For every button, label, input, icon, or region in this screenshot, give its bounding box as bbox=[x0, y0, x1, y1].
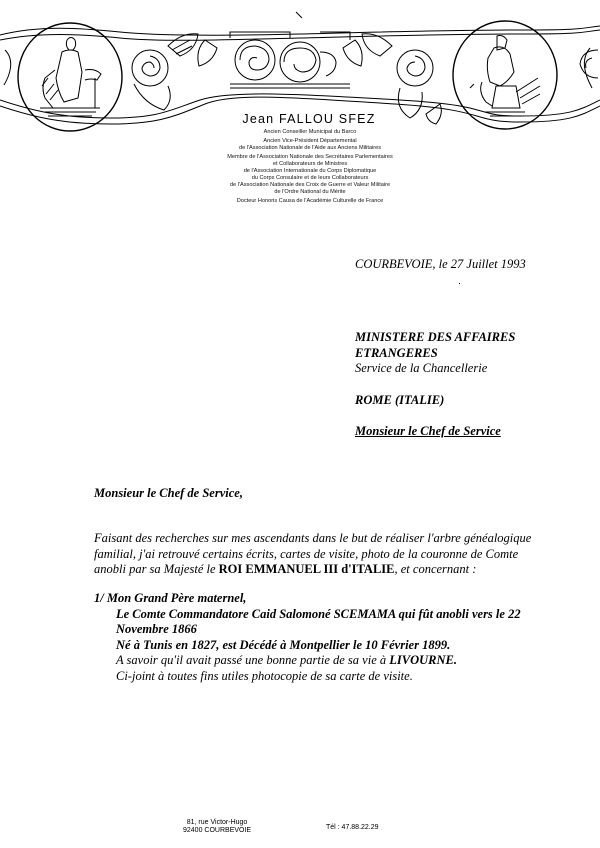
date-line: COURBEVOIE, le 27 Juillet 1993 bbox=[355, 257, 526, 273]
item-line: A savoir qu'il avait passé une bonne par… bbox=[94, 653, 574, 669]
recipient-city: ROME (ITALIE) bbox=[355, 393, 585, 409]
letterhead-title-line: de l'Association Internationale du Corps… bbox=[150, 168, 470, 175]
letterhead-title-line: du Corps Consulaire et de leurs Collabor… bbox=[150, 175, 470, 182]
body-paragraph: Faisant des recherches sur mes ascendant… bbox=[94, 531, 594, 578]
paragraph-line: familial, j'ai retrouvé certains écrits,… bbox=[94, 547, 594, 563]
letterhead-name: Jean FALLOU SFEZ bbox=[0, 112, 600, 126]
letterhead-title-line: et Collaborateurs de Ministres bbox=[150, 161, 470, 168]
letterhead-title-line: de l'Association Nationale de l'Aide aux… bbox=[150, 145, 470, 152]
letterhead-titles: Ancien Conseiller Municipal du Barco Anc… bbox=[150, 129, 470, 205]
letterhead-title-line: de l'Ordre National du Mérite bbox=[150, 189, 470, 196]
paragraph-line: Faisant des recherches sur mes ascendant… bbox=[94, 531, 594, 547]
letterhead-title-line: Ancien Vice-Président Départemental bbox=[150, 138, 470, 145]
letterhead-title-line: de l'Association Nationale des Croix de … bbox=[150, 182, 470, 189]
recipient-service: Service de la Chancellerie bbox=[355, 361, 585, 377]
recipient-ministry: MINISTERE DES AFFAIRES bbox=[355, 330, 585, 346]
paragraph-text: anobli par sa Majesté le bbox=[94, 562, 219, 576]
recipient-attention: Monsieur le Chef de Service bbox=[355, 424, 585, 440]
list-item: 1/ Mon Grand Père maternel, Le Comte Com… bbox=[94, 591, 574, 684]
item-line: Ci-joint à toutes fins utiles photocopie… bbox=[94, 669, 574, 685]
item-text: A savoir qu'il avait passé une bonne par… bbox=[116, 653, 389, 667]
paragraph-line: anobli par sa Majesté le ROI EMMANUEL II… bbox=[94, 562, 594, 578]
salutation: Monsieur le Chef de Service, bbox=[94, 486, 243, 502]
city-name: LIVOURNE. bbox=[389, 653, 457, 667]
footer-address: 81, rue Victor-Hugo 92400 COURBEVOIE bbox=[183, 819, 251, 835]
paragraph-text: , et concernant : bbox=[395, 562, 477, 576]
letterhead-title-line: Docteur Honoris Causa de l'Académie Cult… bbox=[150, 198, 470, 205]
footer-telephone: Tél : 47.88.22.29 bbox=[326, 824, 379, 831]
footer-address-city: 92400 COURBEVOIE bbox=[183, 827, 251, 835]
letterhead-title-line: Membre de l'Association Nationale des Se… bbox=[150, 154, 470, 161]
recipient-ministry-cont: ETRANGERES bbox=[355, 346, 585, 362]
item-heading: 1/ Mon Grand Père maternel, bbox=[94, 591, 574, 607]
letterhead-title-line: Ancien Conseiller Municipal du Barco bbox=[150, 129, 470, 136]
item-line: Le Comte Commandatore Caid Salomoné SCEM… bbox=[94, 607, 574, 623]
item-line: Né à Tunis en 1827, est Décédé à Montpel… bbox=[94, 638, 574, 654]
recipient-block: MINISTERE DES AFFAIRES ETRANGERES Servic… bbox=[355, 330, 585, 440]
scan-speck bbox=[459, 283, 460, 284]
king-name: ROI EMMANUEL III d'ITALIE bbox=[219, 562, 395, 576]
footer-address-street: 81, rue Victor-Hugo bbox=[183, 819, 251, 827]
item-line: Novembre 1866 bbox=[94, 622, 574, 638]
